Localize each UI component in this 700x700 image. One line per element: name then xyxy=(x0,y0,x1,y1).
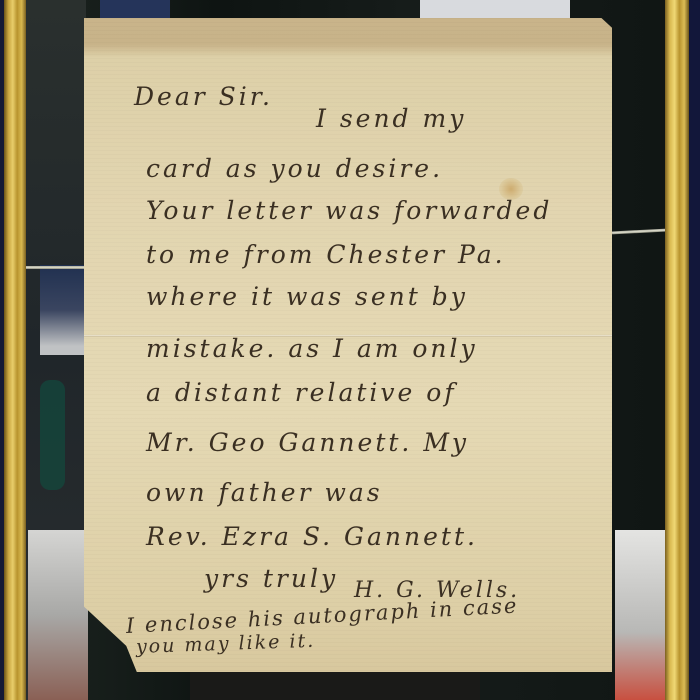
background-reflection-mid-left xyxy=(40,265,85,355)
letter-postscript-1: I enclose his autograph in case xyxy=(125,593,519,638)
letter-line-6: mistake. as I am only xyxy=(146,334,478,363)
letter-paper: Dear Sir. I send my card as you desire. … xyxy=(84,18,612,672)
letter-line-2: card as you desire. xyxy=(146,154,443,183)
letter-line-8: Mr. Geo Gannett. My xyxy=(146,428,469,457)
letter-closing: yrs truly xyxy=(204,564,338,593)
background-reflection-top-blue xyxy=(100,0,170,20)
gold-frame-left xyxy=(4,0,26,700)
background-reflection-bottom-left xyxy=(28,530,88,700)
gold-frame-right xyxy=(665,0,689,700)
letter-line-1: I send my xyxy=(316,104,466,133)
background-reflection-bottom-right xyxy=(615,530,665,700)
letter-line-3: Your letter was forwarded xyxy=(146,196,552,225)
letter-line-10: Rev. Ezra S. Gannett. xyxy=(146,522,478,551)
background-reflection-green xyxy=(40,380,65,490)
display-stand-base xyxy=(190,670,480,700)
hanging-wire-left xyxy=(26,266,86,269)
frame-outer-edge xyxy=(689,0,700,700)
letter-line-4: to me from Chester Pa. xyxy=(146,240,506,269)
letter-line-5: where it was sent by xyxy=(146,282,468,311)
background-reflection-top-white xyxy=(420,0,570,20)
letter-line-9: own father was xyxy=(146,478,383,507)
letter-line-7: a distant relative of xyxy=(146,378,457,407)
letter-salutation: Dear Sir. xyxy=(134,82,273,111)
